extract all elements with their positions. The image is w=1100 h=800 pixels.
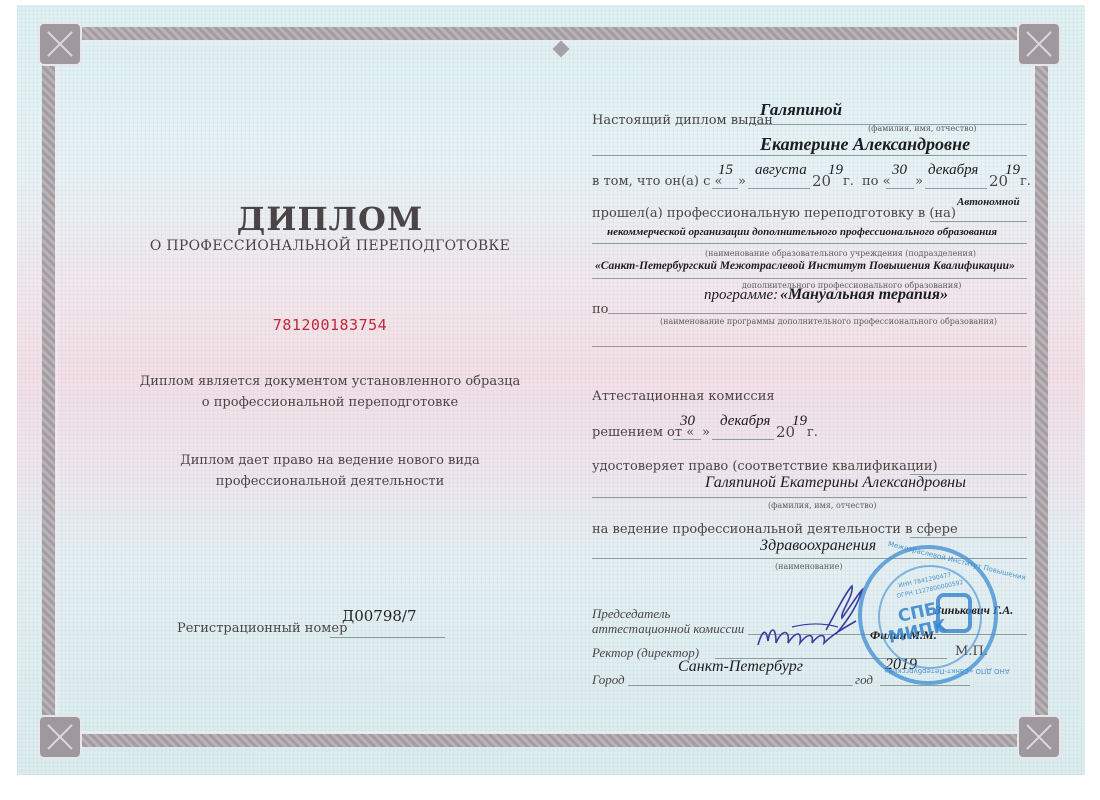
city-label: Город [592,672,625,688]
issued-to-label: Настоящий диплом выдан [592,113,773,128]
underline [880,685,970,686]
program-hint: (наименование программы дополнительного … [660,317,997,326]
commission-label: Аттестационная комиссия [592,389,775,404]
org-hint: (наименование образовательного учреждени… [705,249,976,258]
underline [910,537,1027,538]
underline [592,346,1027,347]
recipient-surname: Галяпиной [760,100,842,120]
completed-label: прошел(а) профессиональную переподготовк… [592,206,956,221]
recipient-first-names: Екатерине Александровне [760,134,970,155]
year-suffix: г. [843,174,854,189]
rector-signature-icon [752,615,872,655]
underline [608,313,1027,314]
decision-month: декабря [720,413,770,430]
end-day: 30 [892,162,907,179]
start-day: 15 [718,162,733,179]
program-prefix-label: по [592,302,609,317]
underline [712,188,738,189]
fio-hint-2: (фамилия, имя, отчество) [768,501,877,510]
program-name: «Мануальная терапия» [780,286,948,304]
quote-close: » [738,174,746,189]
underline [592,278,1027,279]
start-year: 19 [828,162,843,179]
certifies-label: удостоверяет право (соответствие квалифи… [592,459,938,474]
decision-day: 30 [680,413,695,430]
seal-emblem-icon [936,593,972,633]
official-seal: Межотраслевой Институт Повышения ИНН 784… [858,545,998,685]
city-value: Санкт-Петербург [678,658,803,676]
year-suffix: г. [807,425,818,440]
underline [673,439,701,440]
full-name-genitive: Галяпиной Екатерины Александровны [705,474,966,492]
chair-label: Председатель [592,606,670,622]
period-prefix: в том, что он(а) с « [592,174,722,189]
quote-close: » [702,425,710,440]
org-line-2: «Санкт-Петербургский Межотраслевой Инсти… [595,260,1015,272]
year-suffix: г. [1020,174,1031,189]
end-year: 19 [1005,162,1020,179]
underline [712,439,774,440]
org-line-1: некоммерческой организации дополнительно… [607,226,997,238]
start-month: августа [755,162,807,179]
end-month: декабря [928,162,978,179]
year-label: год [855,672,873,688]
underline [886,188,914,189]
chair-label-2: аттестационной комиссии [592,621,744,637]
sphere-value: Здравоохранения [760,537,876,555]
underline [592,497,1027,498]
underline [925,188,987,189]
to-label: по « [862,174,891,189]
sphere-hint: (наименование) [775,562,842,571]
seal-bottom-text: АНО ДПО «Санкт-Петербургский» [884,667,1010,675]
underline [628,685,853,686]
org-prefix: Автономной [957,196,1020,208]
fio-hint: (фамилия, имя, отчество) [868,124,977,133]
decision-year: 19 [792,413,807,430]
decision-label: решением от « [592,425,694,440]
program-text: программе: [704,287,778,304]
quote-close: » [915,174,923,189]
underline [592,155,1027,156]
underline [930,221,1027,222]
underline [592,243,1027,244]
sphere-label: на ведение профессиональной деятельности… [592,522,958,537]
underline [748,188,810,189]
